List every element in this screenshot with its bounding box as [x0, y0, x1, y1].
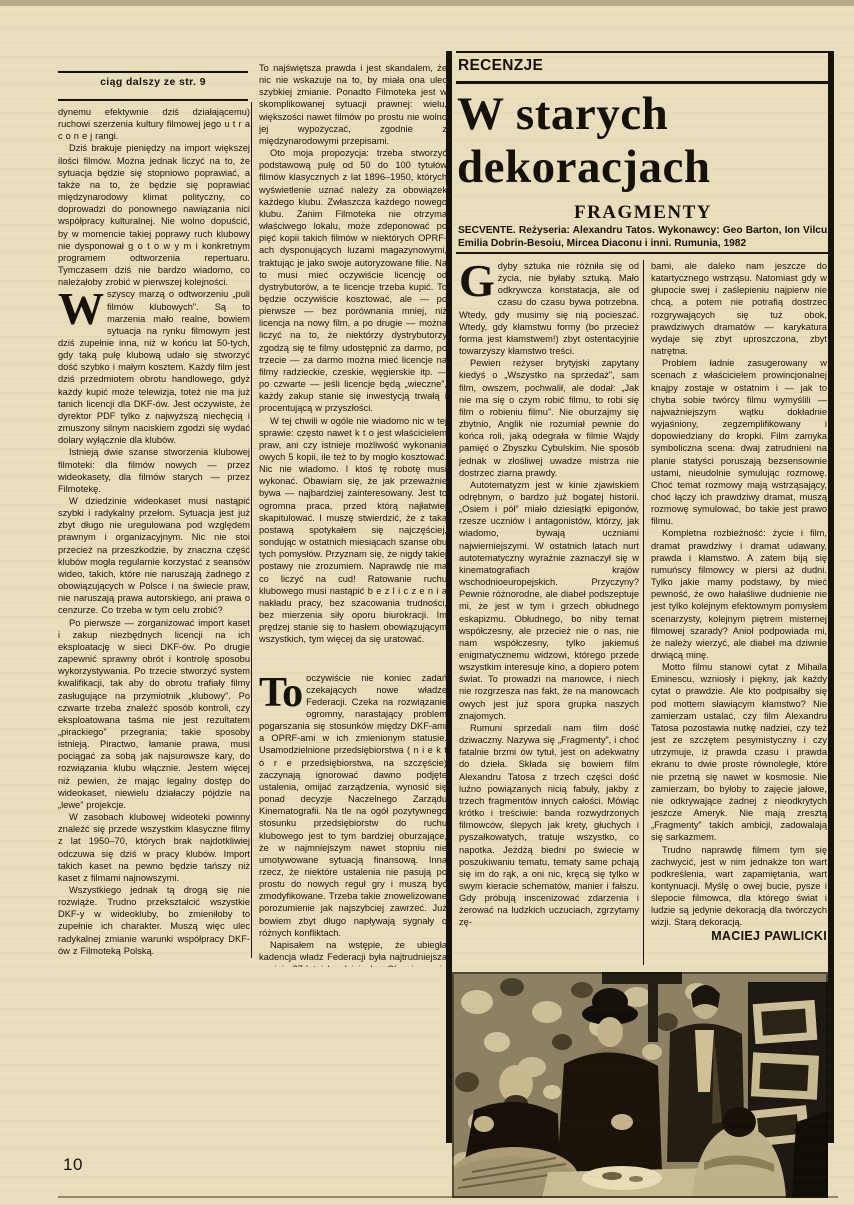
- review-column-1: Gdyby sztuka nie różniła się od życia, n…: [459, 260, 639, 966]
- column-divider-thin: [251, 102, 252, 958]
- paragraph: bami, ale daleko nam jeszcze do katartyc…: [651, 260, 827, 357]
- headline-line-2: dekoracjach: [457, 141, 829, 194]
- paragraph: Oto moja propozycja: trzeba stworzyć pod…: [259, 147, 447, 414]
- review-column-divider-thin: [643, 260, 644, 965]
- article-column-2: To najświętsza prawda i jest skandalem, …: [259, 62, 447, 967]
- paragraph: dynemu efektywnie dziś działającemu) ruc…: [58, 106, 250, 142]
- section-label: RECENZJE: [458, 57, 543, 75]
- scan-edge-shadow: [0, 0, 854, 6]
- paragraph: Problem ładnie zasugerowany w scenach z …: [651, 357, 827, 527]
- paragraph: Kompletna rozbieżność: życie i film, dra…: [651, 527, 827, 661]
- paragraph: Pewien reżyser brytyjski zapytany kiedyś…: [459, 357, 639, 479]
- scan-bottom-shadow: [58, 1196, 838, 1198]
- paragraph: W tej chwili w ogóle nie wiadomo nic w t…: [259, 415, 447, 646]
- paragraph: Autotematyzm jest w kinie zjawiskiem odr…: [459, 479, 639, 722]
- paragraph-with-dropcap: Wszyscy marzą o odtworzeniu „puli filmów…: [58, 288, 250, 446]
- paragraph: Trudno naprawdę filmem tym się zachwycić…: [651, 844, 827, 929]
- recenzje-bottom-rule: [456, 81, 828, 84]
- dropcap-to: To: [259, 672, 306, 711]
- paragraph: Istnieją dwie szanse stworzenia klubowej…: [58, 446, 250, 495]
- film-title: FRAGMENTY: [458, 202, 828, 224]
- headline-line-1: W starych: [457, 88, 829, 141]
- paragraph: Po pierwsze — zorganizować import kaset …: [58, 617, 250, 812]
- recenzje-top-rule: [456, 51, 828, 53]
- paragraph: Ta ogromnie zasłużona dla kultury narodo…: [58, 957, 250, 958]
- paragraph-with-dropcap: Tooczywiście nie koniec zadań czekającyc…: [259, 672, 447, 939]
- article-column-1: dynemu efektywnie dziś działającemu) ruc…: [58, 106, 250, 958]
- review-column-2: bami, ale daleko nam jeszcze do katartyc…: [651, 260, 827, 966]
- paragraph: W zasobach klubowej wideoteki powinny zn…: [58, 811, 250, 884]
- paragraph: Wszystkiego jednak tą drogą się nie rozw…: [58, 884, 250, 957]
- continuation-label: ciąg dalszy ze str. 9: [58, 76, 248, 88]
- section-divider-bar-right: [828, 51, 834, 1143]
- film-still-photo: [452, 972, 828, 1198]
- paragraph: Rumuni sprzedali nam film dość dziwaczny…: [459, 722, 639, 929]
- film-still-illustration: [452, 972, 828, 1198]
- page-number: 10: [63, 1155, 83, 1175]
- film-credits: SECVENTE. Reżyseria: Alexandru Tatos. Wy…: [458, 225, 830, 250]
- paragraph: Motto filmu stanowi cytat z Mihaila Emin…: [651, 661, 827, 843]
- paragraph: To najświętsza prawda i jest skandalem, …: [259, 62, 447, 147]
- author-signature: MACIEJ PAWLICKI: [651, 929, 827, 944]
- paragraph-with-dropcap: Gdyby sztuka nie różniła się od życia, n…: [459, 260, 639, 357]
- paragraph: W dziedzinie wideokaset musi nastąpić sz…: [58, 495, 250, 617]
- credits-bottom-rule: [456, 252, 828, 254]
- continuation-box-bottom-rule: [58, 99, 248, 101]
- review-headline: W starych dekoracjach: [457, 88, 829, 194]
- dropcap-g: G: [459, 260, 498, 299]
- paragraph: Dziś brakuje pieniędzy na import większe…: [58, 142, 250, 288]
- paragraph: Napisałem na wstępie, że ubiegła kadencj…: [259, 939, 447, 967]
- continuation-box-top-rule: [58, 71, 248, 73]
- magazine-page: { "page": { "number": "10" }, "left_arti…: [0, 0, 854, 1205]
- dropcap-w: W: [58, 288, 107, 327]
